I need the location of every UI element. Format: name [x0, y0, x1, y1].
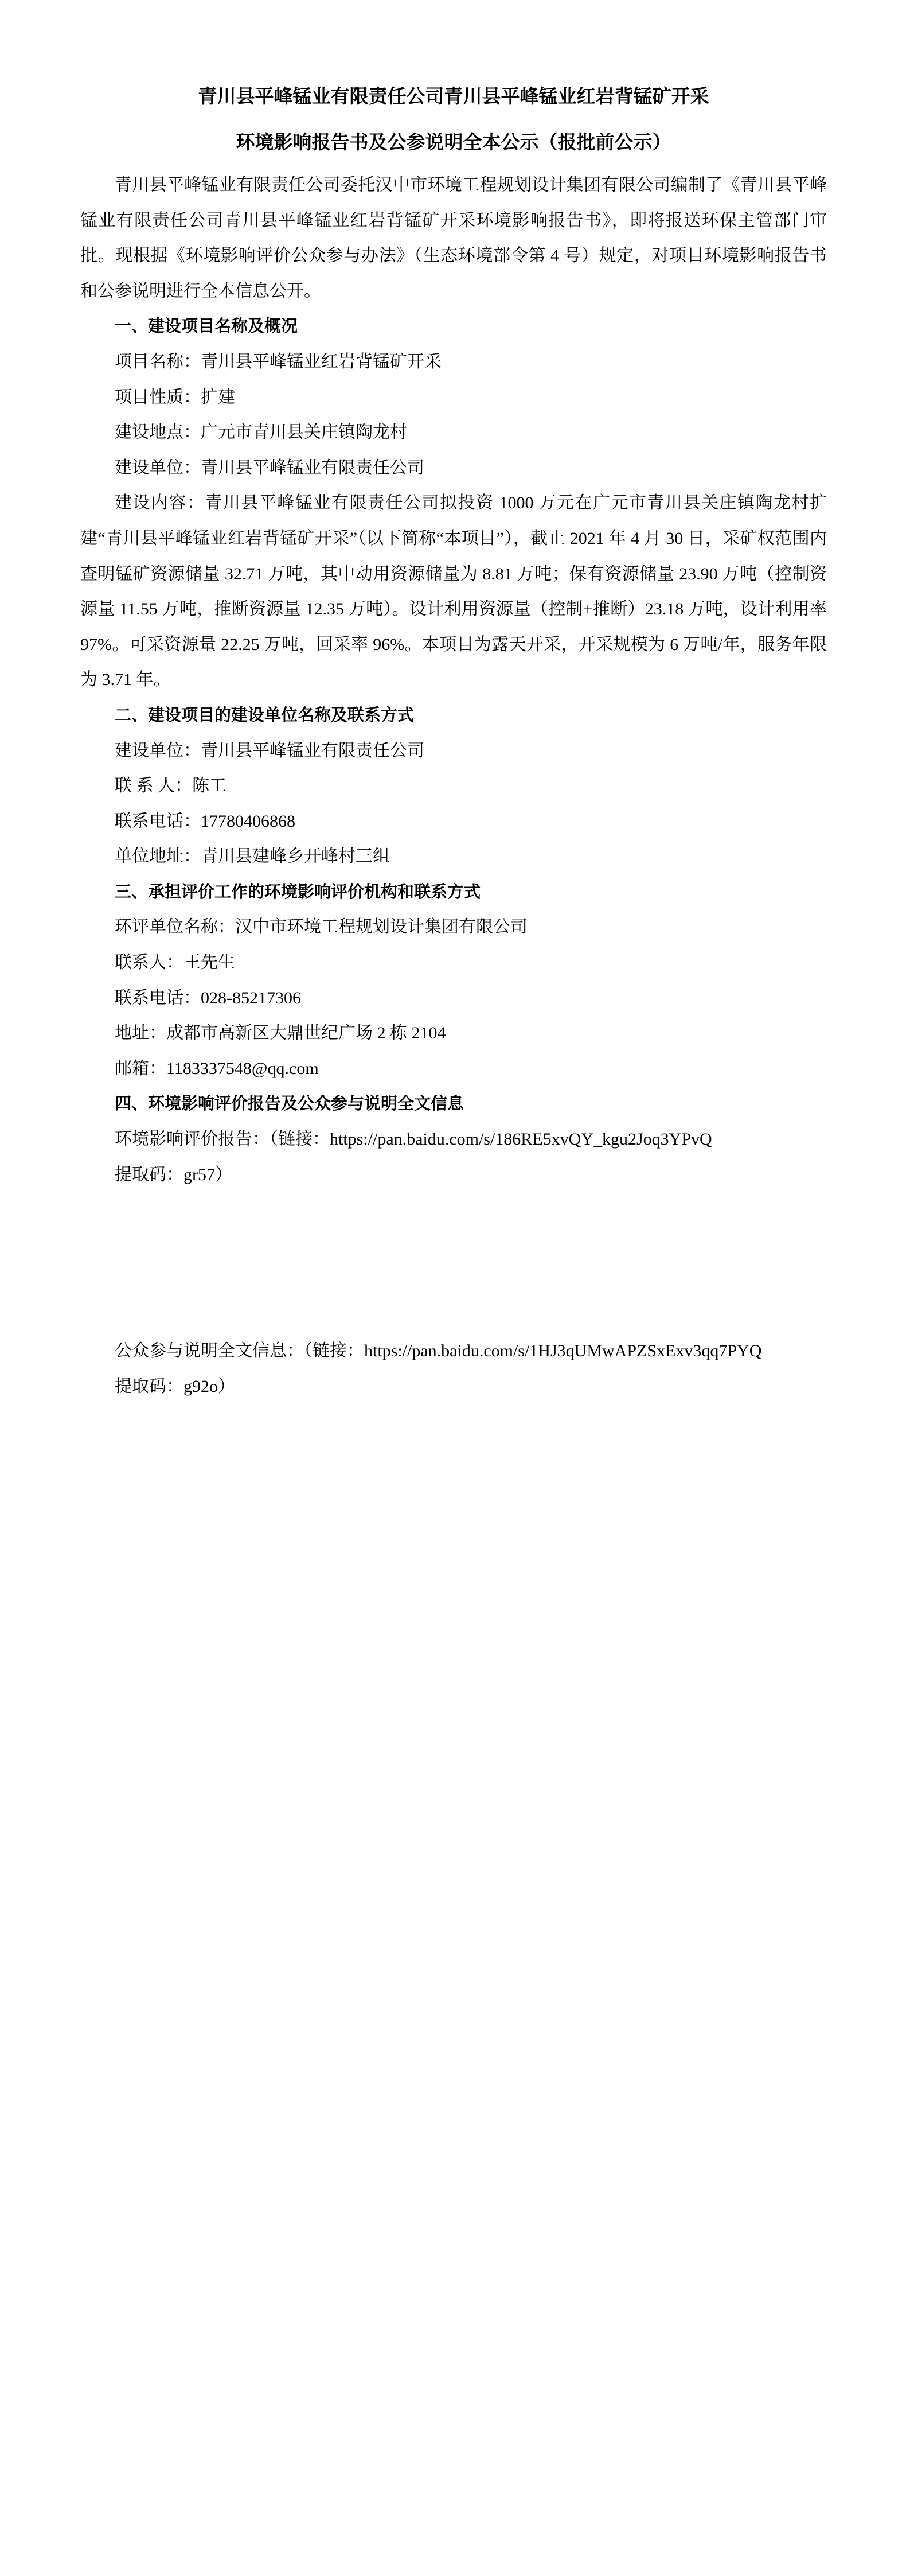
construction-content-label: 建设内容： [115, 493, 205, 512]
s2-address-label: 单位地址： [115, 847, 201, 866]
s3-phone-label: 联系电话： [115, 989, 201, 1007]
project-name-row: 项目名称：青川县平峰锰业红岩背锰矿开采 [80, 344, 827, 380]
s2-unit-row: 建设单位：青川县平峰锰业有限责任公司 [80, 733, 827, 769]
s3-phone-value: 028-85217306 [201, 989, 301, 1007]
document-title-line-1: 青川县平峰锰业有限责任公司青川县平峰锰业红岩背锰矿开采 [80, 85, 827, 108]
report-code-row: 提取码：gr57） [80, 1157, 827, 1193]
blank-space [80, 1192, 827, 1333]
report-code-value: gr57 [183, 1165, 215, 1184]
construction-unit-value: 青川县平峰锰业有限责任公司 [201, 458, 424, 477]
report-code-close: ） [215, 1165, 232, 1184]
s3-org-row: 环评单位名称：汉中市环境工程规划设计集团有限公司 [80, 909, 827, 945]
public-link-label: 公众参与说明全文信息：（链接： [115, 1341, 364, 1360]
s2-contact-label: 联 系 人： [115, 776, 192, 795]
section-1-heading: 一、建设项目名称及概况 [80, 309, 827, 344]
s2-phone-value: 17780406868 [201, 812, 295, 831]
report-link-label: 环境影响评价报告：（链接： [115, 1130, 330, 1149]
s3-contact-label: 联系人： [115, 953, 183, 972]
s2-contact-value: 陈工 [192, 776, 226, 795]
s3-email-row: 邮箱：1183337548@qq.com [80, 1051, 827, 1087]
public-code-label: 提取码： [115, 1377, 183, 1396]
location-value: 广元市青川县关庄镇陶龙村 [201, 423, 407, 442]
project-nature-label: 项目性质： [115, 388, 201, 407]
section-2-heading: 二、建设项目的建设单位名称及联系方式 [80, 698, 827, 733]
project-name-label: 项目名称： [115, 352, 201, 371]
report-link[interactable]: https://pan.baidu.com/s/186RE5xvQY_kgu2J… [330, 1130, 712, 1149]
location-label: 建设地点： [115, 423, 201, 442]
public-link-row: 公众参与说明全文信息：（链接：https://pan.baidu.com/s/1… [80, 1333, 827, 1369]
s3-address-row: 地址：成都市高新区大鼎世纪广场 2 栋 2104 [80, 1015, 827, 1051]
construction-unit-row: 建设单位：青川县平峰锰业有限责任公司 [80, 450, 827, 486]
public-code-row: 提取码：g92o） [80, 1369, 827, 1404]
s2-unit-value: 青川县平峰锰业有限责任公司 [201, 741, 424, 760]
s3-org-value: 汉中市环境工程规划设计集团有限公司 [235, 917, 528, 936]
s2-phone-label: 联系电话： [115, 812, 201, 831]
s3-contact-value: 王先生 [183, 953, 235, 972]
s2-address-row: 单位地址：青川县建峰乡开峰村三组 [80, 839, 827, 874]
report-code-label: 提取码： [115, 1165, 183, 1184]
intro-paragraph: 青川县平峰锰业有限责任公司委托汉中市环境工程规划设计集团有限公司编制了《青川县平… [80, 168, 827, 309]
construction-unit-label: 建设单位： [115, 458, 201, 477]
s3-address-value: 成都市高新区大鼎世纪广场 2 栋 2104 [166, 1024, 446, 1042]
report-link-row: 环境影响评价报告：（链接：https://pan.baidu.com/s/186… [80, 1122, 827, 1157]
document-body: 青川县平峰锰业有限责任公司委托汉中市环境工程规划设计集团有限公司编制了《青川县平… [80, 168, 827, 1404]
project-nature-row: 项目性质：扩建 [80, 380, 827, 415]
construction-content-value: 青川县平峰锰业有限责任公司拟投资 1000 万元在广元市青川县关庄镇陶龙村扩建“… [80, 493, 827, 689]
s2-unit-label: 建设单位： [115, 741, 201, 760]
document-title-line-2: 环境影响报告书及公参说明全本公示（报批前公示） [80, 131, 827, 154]
location-row: 建设地点：广元市青川县关庄镇陶龙村 [80, 415, 827, 450]
s2-phone-row: 联系电话：17780406868 [80, 804, 827, 839]
section-3-heading: 三、承担评价工作的环境影响评价机构和联系方式 [80, 874, 827, 910]
s3-contact-row: 联系人：王先生 [80, 945, 827, 980]
s3-email-value: 1183337548@qq.com [166, 1059, 319, 1078]
section-4-heading: 四、环境影响评价报告及公众参与说明全文信息 [80, 1086, 827, 1122]
public-code-value: g92o [183, 1377, 218, 1396]
s3-address-label: 地址： [115, 1024, 166, 1042]
s3-phone-row: 联系电话：028-85217306 [80, 980, 827, 1016]
public-code-close: ） [218, 1377, 235, 1396]
s2-contact-row: 联 系 人：陈工 [80, 768, 827, 804]
construction-content-paragraph: 建设内容：青川县平峰锰业有限责任公司拟投资 1000 万元在广元市青川县关庄镇陶… [80, 485, 827, 698]
public-participation-link[interactable]: https://pan.baidu.com/s/1HJ3qUMwAPZSxExv… [364, 1341, 761, 1360]
project-name-value: 青川县平峰锰业红岩背锰矿开采 [201, 352, 442, 371]
project-nature-value: 扩建 [201, 388, 235, 407]
s2-address-value: 青川县建峰乡开峰村三组 [201, 847, 390, 866]
s3-org-label: 环评单位名称： [115, 917, 235, 936]
s3-email-label: 邮箱： [115, 1059, 166, 1078]
